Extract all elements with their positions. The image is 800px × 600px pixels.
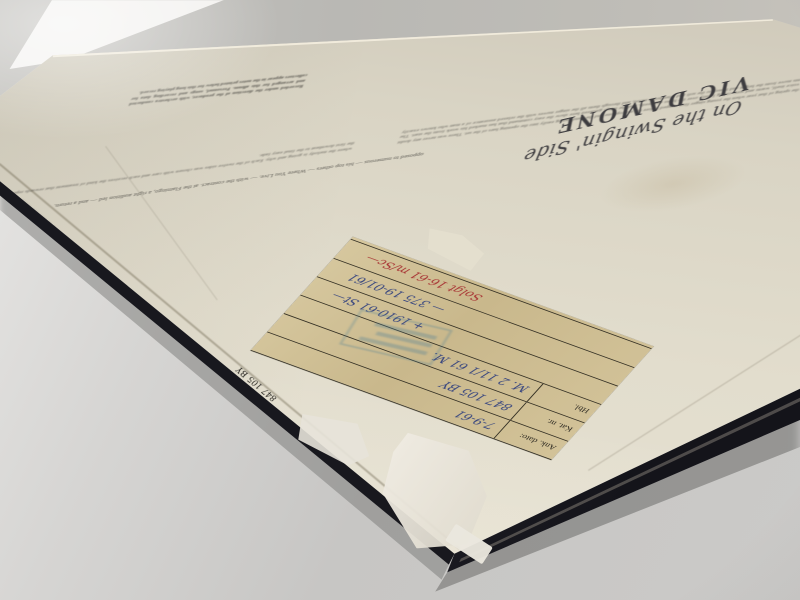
photo-scene: It was in the spring of that year when t… (0, 0, 800, 600)
cover-stain (595, 145, 752, 222)
